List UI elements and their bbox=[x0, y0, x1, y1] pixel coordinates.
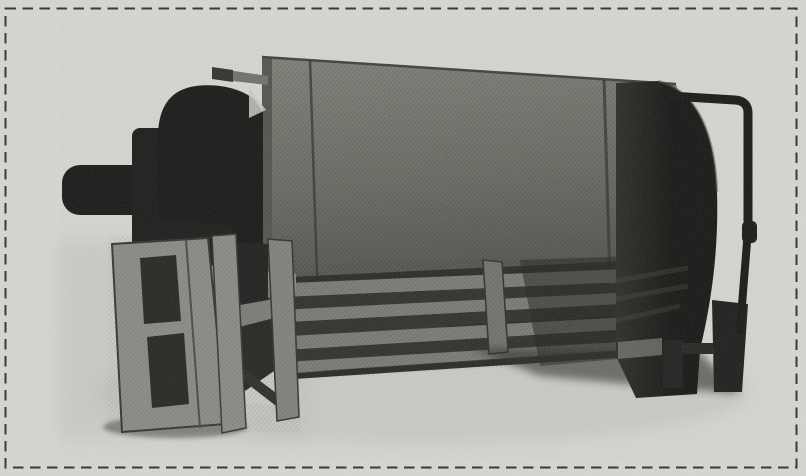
machine-photo bbox=[0, 0, 806, 476]
paper-grain bbox=[0, 0, 806, 476]
scanned-page bbox=[0, 0, 806, 476]
